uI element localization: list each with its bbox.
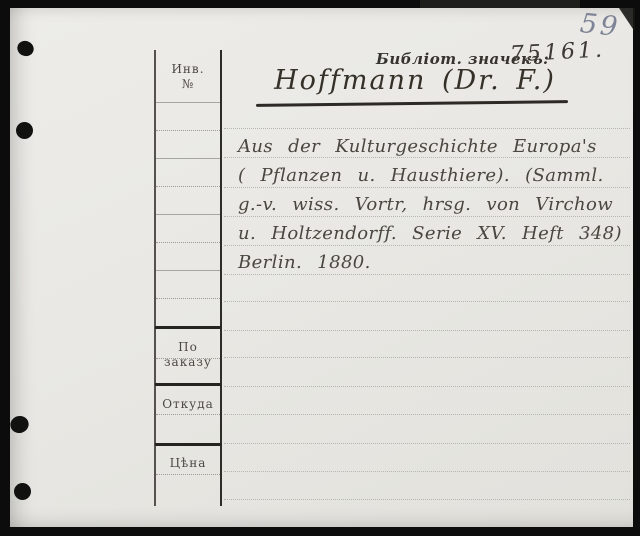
column-right-border [220,50,222,506]
rule-line [156,474,220,475]
origin-label: Откуда [154,397,222,412]
title-block: Aus der Kulturgeschichte Europa's ( Pfla… [238,132,638,277]
rule-line [224,499,630,500]
inventory-number-label: Инв. № [154,62,222,92]
library-badge-number: 75161. [509,38,605,68]
rule-line [224,414,630,415]
title-line: Berlin. 1880. [238,248,638,277]
inventory-label-line1: Инв. [154,62,222,77]
punch-hole-1 [15,39,36,59]
rule-line [224,471,630,472]
author-heading: Hoffmann (Dr. F.) [250,65,580,96]
punch-hole-4 [14,483,31,500]
scan-background: 59 И [0,0,640,536]
rule-line [224,386,630,387]
rule-line [224,128,630,129]
punch-hole-2 [16,122,33,139]
section-divider [155,443,221,446]
title-line: Aus der Kulturgeschichte Europa's [238,132,638,161]
scan-frame-highlight [420,0,580,8]
rule-line [156,214,220,215]
rule-line [224,357,630,358]
author-underline [256,100,568,107]
rule-line [156,298,220,299]
rule-line [224,443,630,444]
catalog-card: 59 И [10,8,633,527]
rule-line [156,102,220,103]
section-divider [155,326,221,329]
price-label: Цѣна [154,456,222,471]
title-line: ( Pflanzen u. Hausthiere). (Samml. [238,161,638,190]
section-divider [155,383,221,386]
rule-line [156,130,220,131]
card-corner-shadow [619,8,635,32]
inventory-label-line2: № [154,77,222,92]
punch-hole-3 [8,414,30,435]
rule-line [156,158,220,159]
rule-line [156,414,220,415]
rule-line [224,301,630,302]
by-order-label: По заказу [154,340,222,370]
rule-line [156,242,220,243]
column-left-border [154,50,156,506]
title-line: u. Holtzendorff. Serie XV. Heft 348) [238,219,638,248]
rule-line [224,330,630,331]
rule-line [156,186,220,187]
rule-line [156,270,220,271]
title-line: g.-v. wiss. Vortr, hrsg. von Virchow [238,190,638,219]
